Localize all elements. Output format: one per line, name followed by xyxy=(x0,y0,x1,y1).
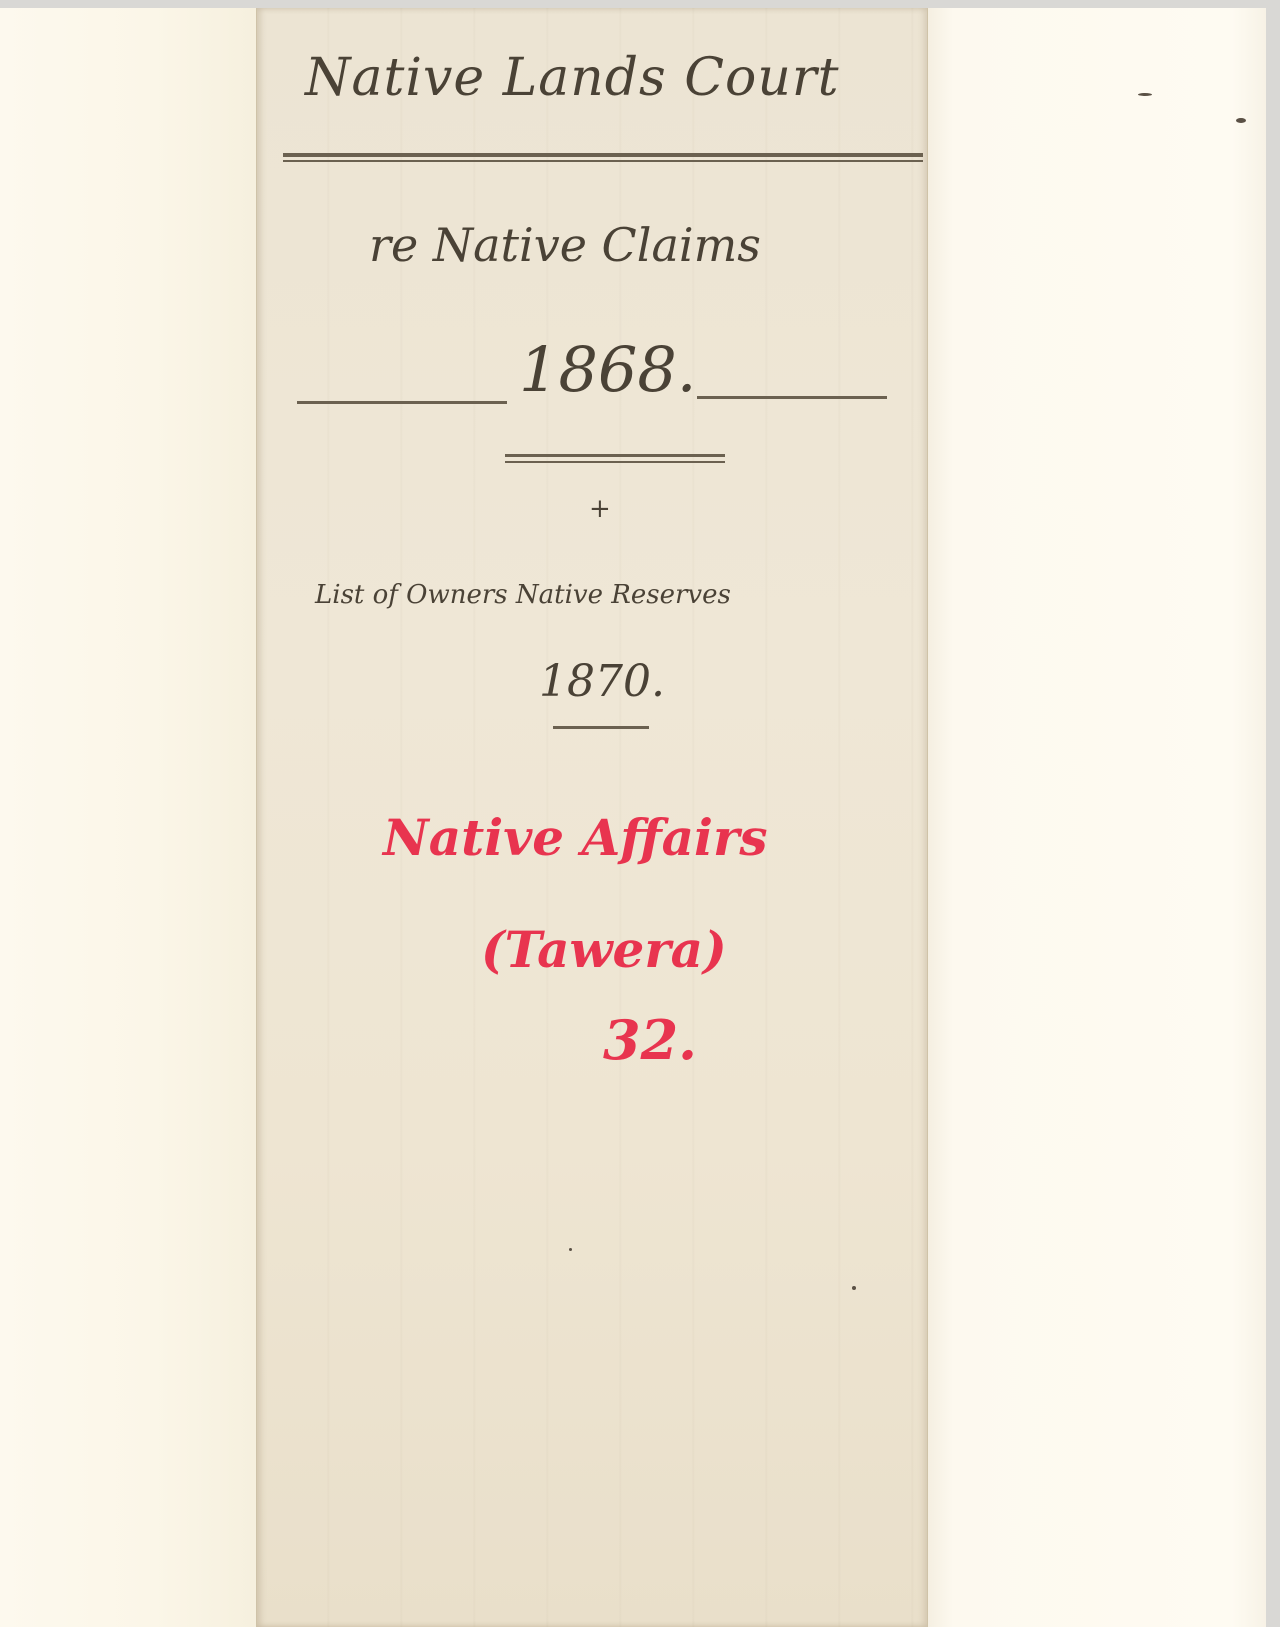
year-left-rule xyxy=(297,401,507,404)
red-annotation-line3: 32. xyxy=(603,1008,697,1072)
year-1868: 1868. xyxy=(519,333,697,406)
document-subject: re Native Claims xyxy=(369,218,761,272)
ink-speck xyxy=(569,1248,572,1251)
year-underline-2 xyxy=(505,461,725,463)
right-flap xyxy=(926,8,1266,1627)
year-underline xyxy=(505,454,725,457)
left-flap xyxy=(0,8,256,1627)
ink-speck xyxy=(852,1286,856,1290)
year-1870: 1870. xyxy=(539,656,665,707)
secondary-title: List of Owners Native Reserves xyxy=(315,580,731,610)
red-annotation-line1: Native Affairs xyxy=(383,808,768,867)
red-annotation-line2: (Tawera) xyxy=(481,920,727,979)
title-double-rule-2 xyxy=(283,160,923,162)
ink-speck xyxy=(1236,118,1246,123)
cover-panel: Native Lands Court re Native Claims 1868… xyxy=(256,8,928,1627)
year-1870-underline xyxy=(553,726,649,729)
ink-speck xyxy=(1138,93,1152,96)
title-double-rule xyxy=(283,153,923,157)
document-title: Native Lands Court xyxy=(305,48,840,108)
connector-mark: + xyxy=(589,494,611,524)
year-right-rule xyxy=(697,396,887,399)
document-sheet: Native Lands Court re Native Claims 1868… xyxy=(0,8,1266,1627)
